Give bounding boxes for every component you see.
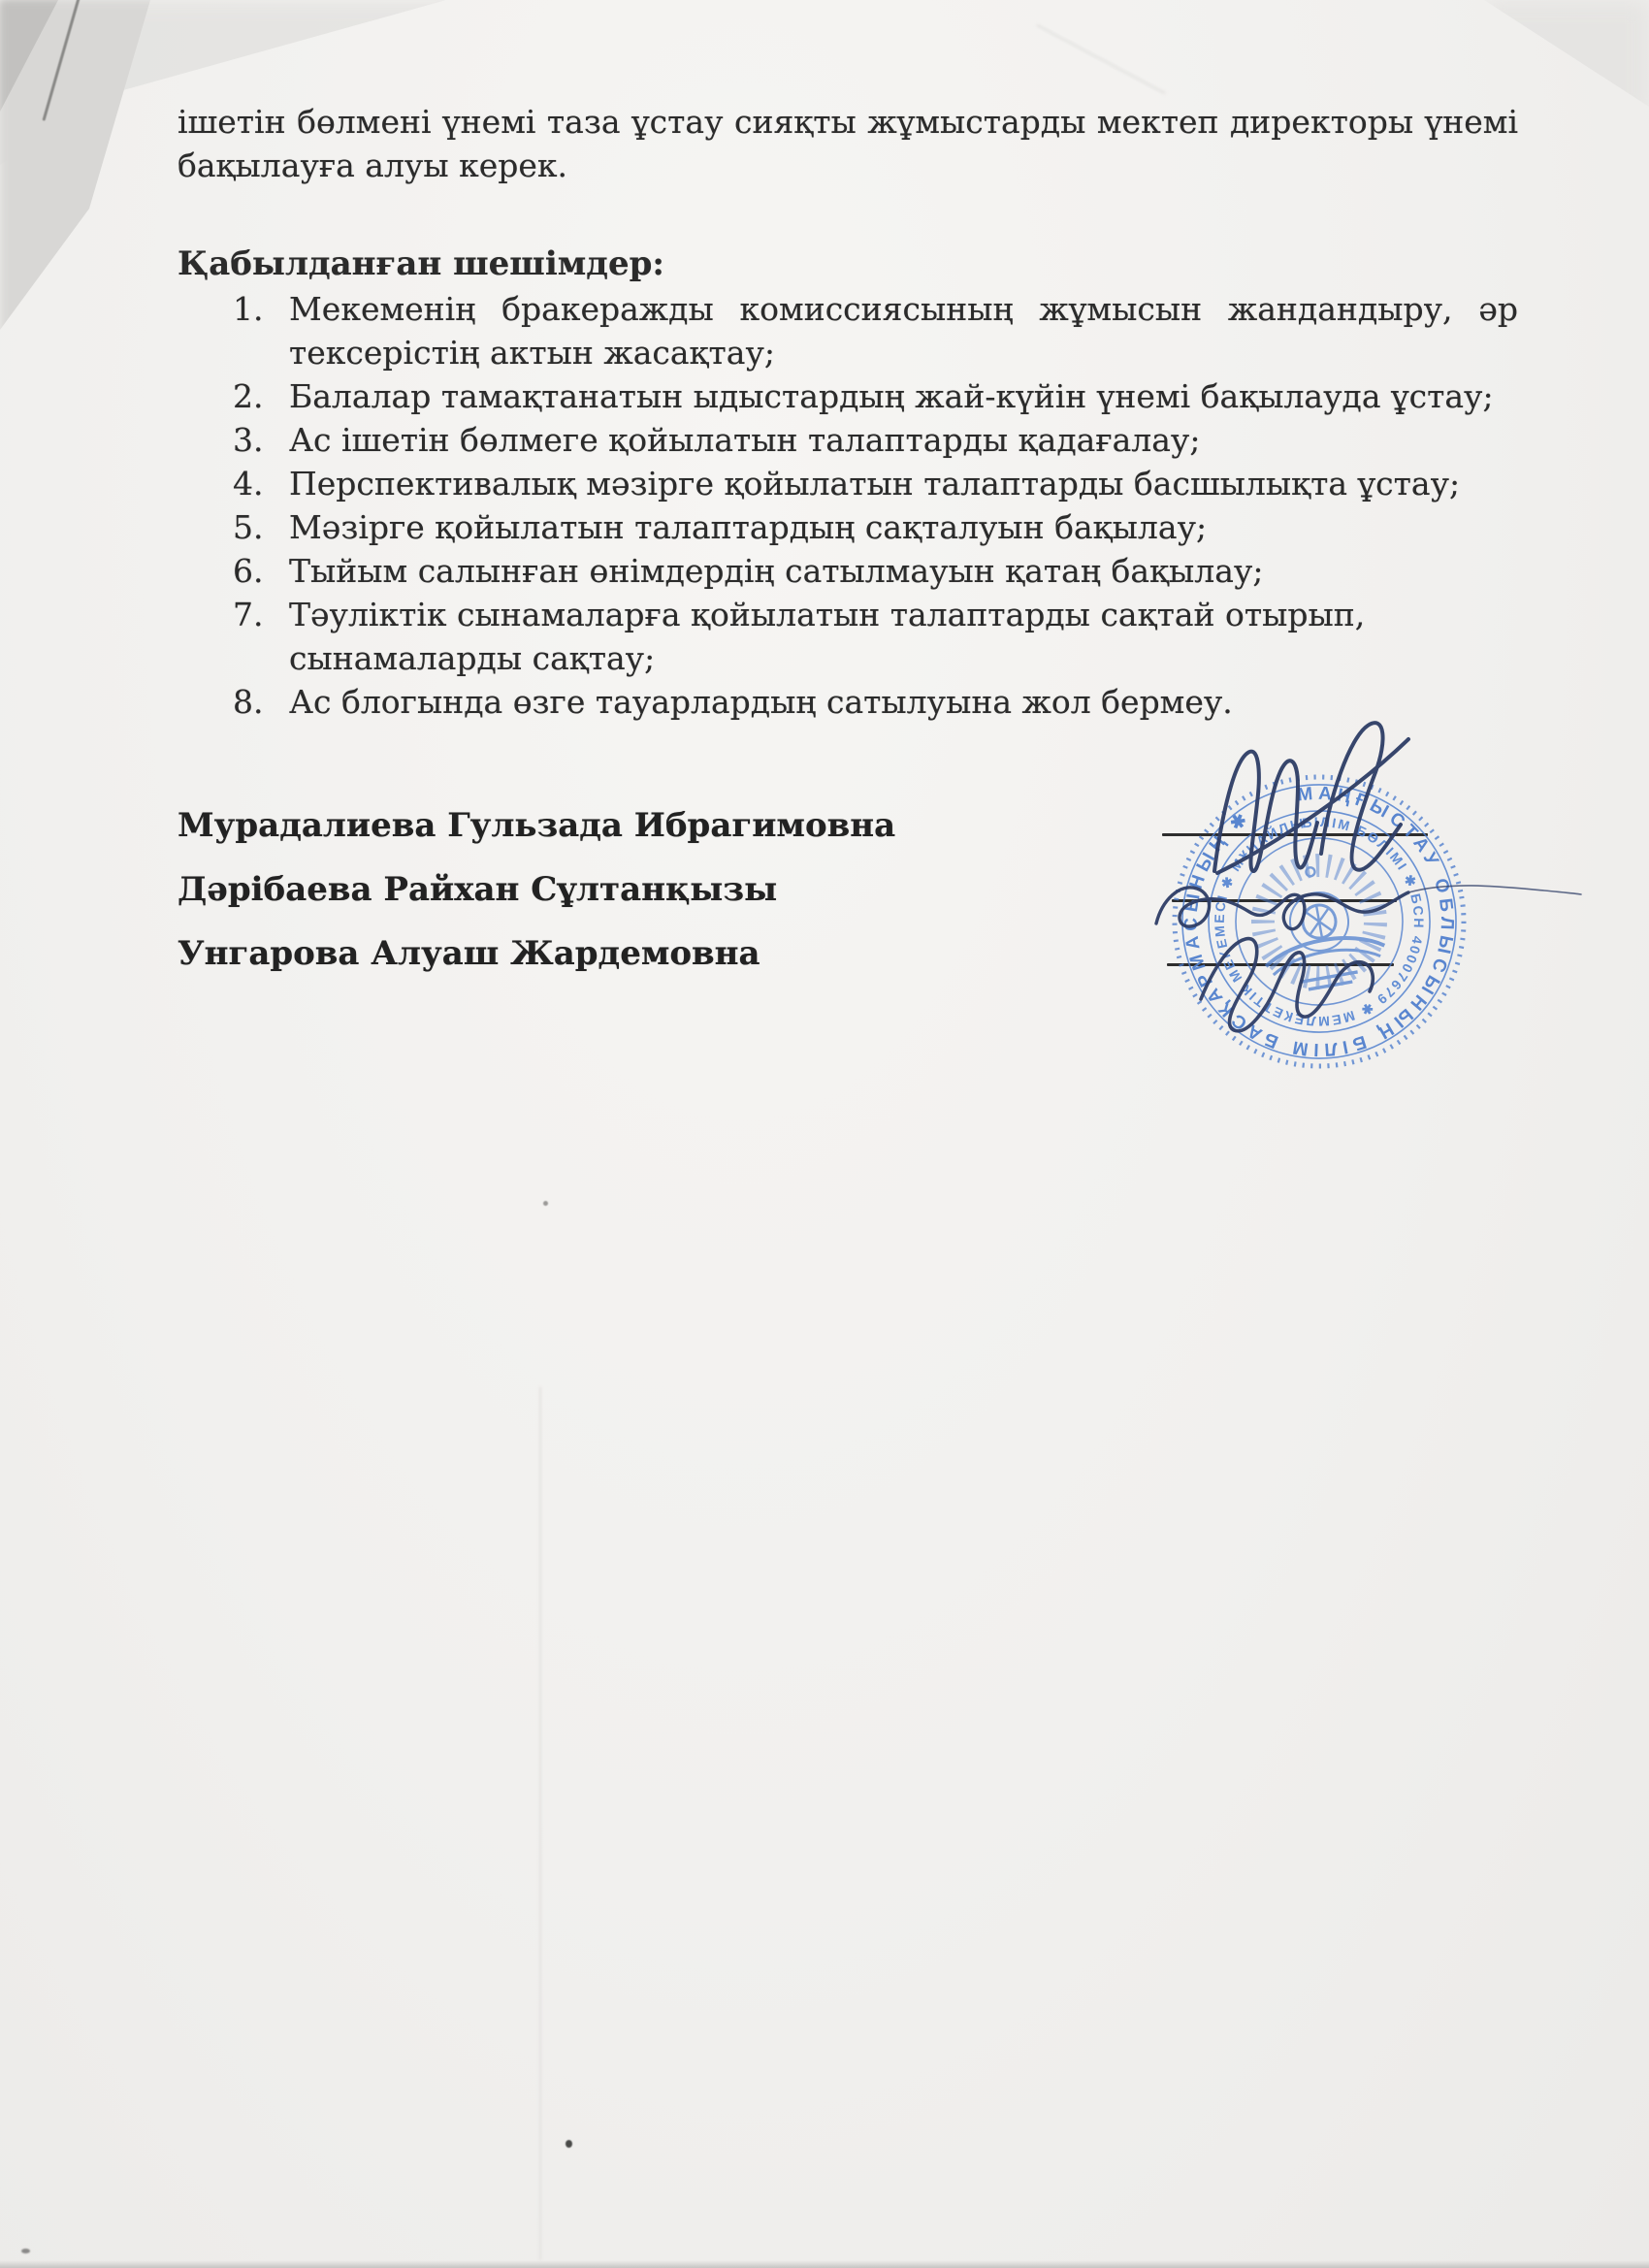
decisions-heading: Қабылданған шешімдер: <box>178 243 1518 285</box>
ink-speck <box>566 2140 572 2148</box>
ink-speck <box>21 2249 30 2253</box>
handwritten-signatures <box>1067 679 1649 1086</box>
paper-crease <box>539 1387 541 2260</box>
signature-1 <box>1214 723 1408 873</box>
list-item: Мекеменің бракеражды комиссиясының жұмыс… <box>233 287 1518 374</box>
list-item: Ас ішетін бөлмеге қойылатын талаптарды қ… <box>233 418 1518 462</box>
list-item: Перспективалық мәзірге қойылатын талапта… <box>233 462 1518 505</box>
ink-speck <box>543 1201 548 1206</box>
paper-crease-diagonal <box>1036 24 1165 94</box>
decisions-list: Мекеменің бракеражды комиссиясының жұмыс… <box>233 287 1518 724</box>
signatory-name: Дәрібаева Райхан Сұлтанқызы <box>178 869 1051 910</box>
list-item: Тыйым салынған өнімдердің сатылмауын қат… <box>233 549 1518 593</box>
list-item: Мәзірге қойылатын талаптардың сақталуын … <box>233 505 1518 549</box>
signature-3 <box>1201 939 1373 1031</box>
signatory-name: Мурадалиева Гульзада Ибрагимовна <box>178 805 1051 846</box>
scan-bottom-edge <box>0 2260 1649 2268</box>
signature-2 <box>1156 886 1581 929</box>
list-item: Балалар тамақтанатын ыдыстардың жай-күйі… <box>233 374 1518 418</box>
signatory-name: Унгарова Алуаш Жардемовна <box>178 933 1051 974</box>
scan-corner-shadow-right <box>1484 0 1649 116</box>
scanned-document-page: ішетін бөлмені үнемі таза ұстау сияқты ж… <box>0 0 1649 2268</box>
list-item: Тәуліктік сынамаларға қойылатын талаптар… <box>233 593 1518 680</box>
intro-paragraph: ішетін бөлмені үнемі таза ұстау сияқты ж… <box>178 100 1518 187</box>
